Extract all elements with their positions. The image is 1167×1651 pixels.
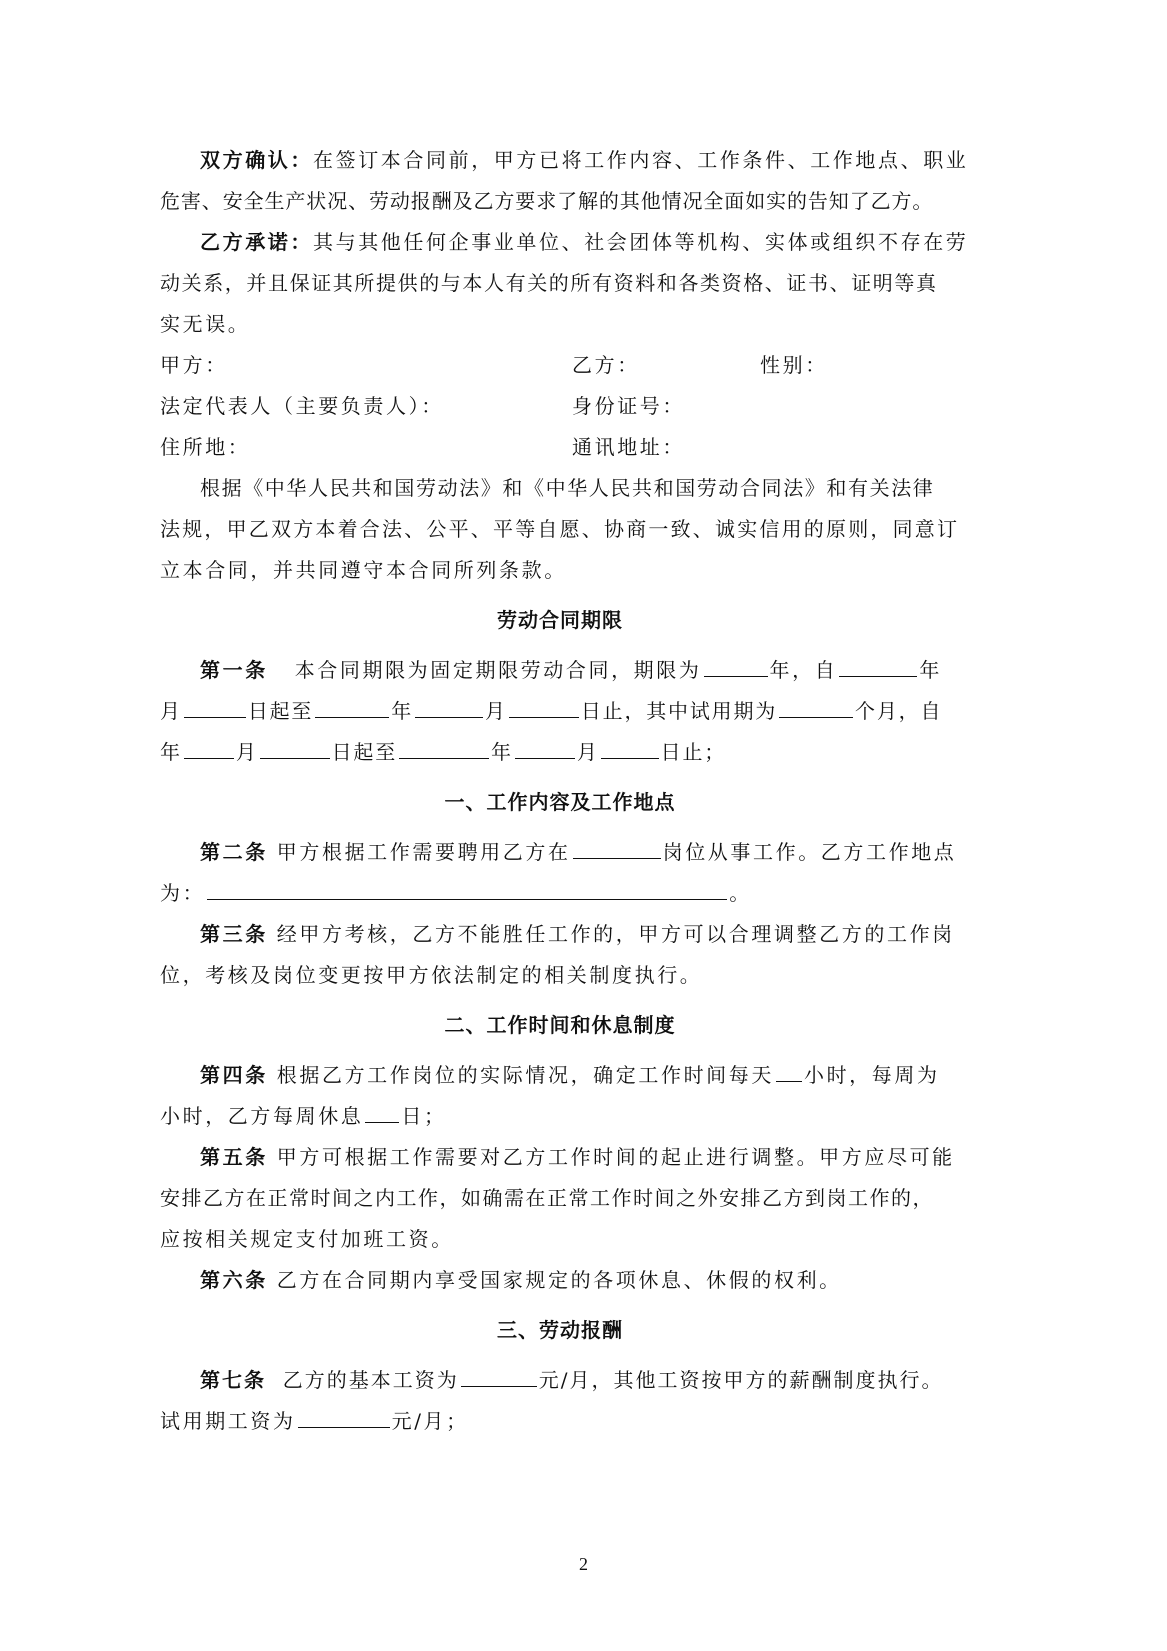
promise-paragraph-line2: 动关系，并且保证其所提供的与本人有关的所有资料和各类资格、证书、证明等真 [160, 269, 960, 297]
article-1-line2: 月日起至年月日止，其中试用期为个月，自 [160, 697, 960, 725]
article-4-line2: 小时，乙方每周休息日； [160, 1102, 960, 1130]
parties-row-2: 法定代表人（主要负责人）： 身份证号： [160, 392, 960, 420]
start-year-blank[interactable] [839, 656, 917, 677]
probation-end-month-blank[interactable] [515, 738, 575, 759]
promise-paragraph-line1: 乙方承诺：其与其他任何企事业单位、社会团体等机构、实体或组织不存在劳 [200, 228, 960, 256]
article-7-line1: 第七条 乙方的基本工资为元/月，其他工资按甲方的薪酬制度执行。 [200, 1366, 960, 1394]
end-month-blank[interactable] [415, 697, 483, 718]
article-3-line1: 第三条 经甲方考核，乙方不能胜任工作的，甲方可以合理调整乙方的工作岗 [200, 920, 960, 948]
article-1-text: 日止，其中试用期为 [581, 699, 777, 723]
article-5-line1: 第五条 甲方可根据工作需要对乙方工作时间的起止进行调整。甲方应尽可能 [200, 1143, 960, 1171]
weekly-rest-days-blank[interactable] [365, 1102, 399, 1123]
confirm-text: 在签订本合同前，甲方已将工作内容、工作条件、工作地点、职业 [313, 148, 968, 172]
article-1-text: 年 [491, 740, 513, 764]
section-heading-work-content: 一、工作内容及工作地点 [160, 788, 960, 816]
section-heading-remuneration: 三、劳动报酬 [160, 1316, 960, 1344]
promise-paragraph-line3: 实无误。 [160, 310, 960, 338]
gender-label: 性别： [760, 351, 828, 379]
article-5-label: 第五条 [200, 1145, 268, 1169]
probation-start-month-blank[interactable] [184, 738, 234, 759]
daily-hours-blank[interactable] [776, 1061, 802, 1082]
article-2-text: 甲方根据工作需要聘用乙方在 [277, 840, 571, 864]
article-5-line3: 应按相关规定支付加班工资。 [160, 1225, 960, 1253]
article-1-text: 月 [160, 699, 182, 723]
start-month-blank[interactable] [184, 697, 246, 718]
confirm-label: 双方确认： [200, 148, 313, 172]
article-3-text: 经甲方考核，乙方不能胜任工作的，甲方可以合理调整乙方的工作岗 [277, 922, 955, 946]
article-4-line1: 第四条 根据乙方工作岗位的实际情况，确定工作时间每天小时，每周为 [200, 1061, 960, 1089]
article-3-label: 第三条 [200, 922, 268, 946]
section-heading-term: 劳动合同期限 [160, 606, 960, 634]
article-2-label: 第二条 [200, 840, 268, 864]
probation-start-day-blank[interactable] [260, 738, 330, 759]
article-4-text: 小时，乙方每周休息 [160, 1104, 363, 1128]
mail-address-label: 通讯地址： [572, 433, 685, 461]
base-salary-blank[interactable] [461, 1366, 537, 1387]
article-1-text: 年 [391, 699, 413, 723]
article-1-text: 年 [919, 658, 942, 682]
article-7-line2: 试用期工资为元/月； [160, 1407, 960, 1435]
article-7-label: 第七条 [200, 1368, 266, 1392]
legal-rep-label: 法定代表人（主要负责人）： [160, 394, 444, 418]
party-b-label: 乙方： [572, 351, 640, 379]
party-a-label: 甲方： [160, 353, 228, 377]
article-7-text: 元/月； [392, 1409, 469, 1433]
article-2-line1: 第二条 甲方根据工作需要聘用乙方在岗位从事工作。乙方工作地点 [200, 838, 960, 866]
article-1-text: 年 [160, 740, 182, 764]
article-4-text: 小时，每周为 [804, 1063, 940, 1087]
confirm-paragraph-line1: 双方确认：在签订本合同前，甲方已将工作内容、工作条件、工作地点、职业 [200, 146, 960, 174]
work-location-blank[interactable] [207, 879, 727, 900]
article-4-text: 根据乙方工作岗位的实际情况，确定工作时间每天 [277, 1063, 774, 1087]
article-1-text: 日止； [661, 740, 726, 764]
article-5-line2: 安排乙方在正常时间之内工作，如确需在正常工作时间之外安排乙方到岗工作的， [160, 1184, 960, 1212]
article-2-text: 为： [160, 881, 205, 905]
article-1-text: 本合同期限为固定期限劳动合同，期限为 [295, 658, 702, 682]
article-6-line1: 第六条 乙方在合同期内享受国家规定的各项休息、休假的权利。 [200, 1266, 960, 1294]
domicile-label: 住所地： [160, 435, 250, 459]
article-7-text: 元/月，其他工资按甲方的薪酬制度执行。 [539, 1368, 944, 1392]
position-blank[interactable] [573, 838, 661, 859]
article-1-text: 年，自 [770, 658, 838, 682]
confirm-paragraph-line2: 危害、安全生产状况、劳动报酬及乙方要求了解的其他情况全面如实的告知了乙方。 [160, 187, 960, 215]
article-1-text: 个月，自 [855, 699, 942, 723]
promise-label: 乙方承诺： [200, 230, 313, 254]
article-1-text: 日起至 [248, 699, 313, 723]
preamble-line1: 根据《中华人民共和国劳动法》和《中华人民共和国劳动合同法》和有关法律 [200, 474, 960, 502]
article-7-text: 乙方的基本工资为 [283, 1368, 459, 1392]
article-3-line2: 位，考核及岗位变更按甲方依法制定的相关制度执行。 [160, 961, 960, 989]
preamble-line3: 立本合同，并共同遵守本合同所列条款。 [160, 556, 960, 584]
id-number-label: 身份证号： [572, 392, 685, 420]
parties-row-3: 住所地： 通讯地址： [160, 433, 960, 461]
article-2-text: 岗位从事工作。乙方工作地点 [663, 840, 957, 864]
article-5-text: 甲方可根据工作需要对乙方工作时间的起止进行调整。甲方应尽可能 [277, 1145, 955, 1169]
probation-end-day-blank[interactable] [601, 738, 659, 759]
article-1-label: 第一条 [200, 658, 268, 682]
article-6-label: 第六条 [200, 1268, 268, 1292]
probation-end-year-blank[interactable] [399, 738, 489, 759]
article-1-line3: 年月日起至年月日止； [160, 738, 960, 766]
term-years-blank[interactable] [704, 656, 768, 677]
preamble-line2: 法规，甲乙双方本着合法、公平、平等自愿、协商一致、诚实信用的原则，同意订 [160, 515, 960, 543]
section-heading-work-hours: 二、工作时间和休息制度 [160, 1011, 960, 1039]
article-1-line1: 第一条 本合同期限为固定期限劳动合同，期限为年，自年 [200, 656, 960, 684]
article-1-text: 月 [577, 740, 599, 764]
article-1-text: 月 [236, 740, 258, 764]
contract-page: 双方确认：在签订本合同前，甲方已将工作内容、工作条件、工作地点、职业 危害、安全… [0, 0, 1167, 1651]
end-day-blank[interactable] [509, 697, 579, 718]
article-4-label: 第四条 [200, 1063, 268, 1087]
parties-row-1: 甲方： 乙方： 性别： [160, 351, 960, 379]
article-2-text: 。 [729, 881, 752, 905]
article-1-text: 日起至 [332, 740, 397, 764]
article-1-text: 月 [485, 699, 507, 723]
article-2-line2: 为：。 [160, 879, 960, 907]
article-4-text: 日； [401, 1104, 446, 1128]
probation-salary-blank[interactable] [298, 1407, 390, 1428]
article-7-text: 试用期工资为 [160, 1409, 296, 1433]
end-year-blank[interactable] [315, 697, 389, 718]
probation-months-blank[interactable] [779, 697, 853, 718]
promise-text: 其与其他任何企事业单位、社会团体等机构、实体或组织不存在劳 [313, 230, 968, 254]
page-number: 2 [0, 1554, 1167, 1575]
article-6-text: 乙方在合同期内享受国家规定的各项休息、休假的权利。 [277, 1268, 842, 1292]
